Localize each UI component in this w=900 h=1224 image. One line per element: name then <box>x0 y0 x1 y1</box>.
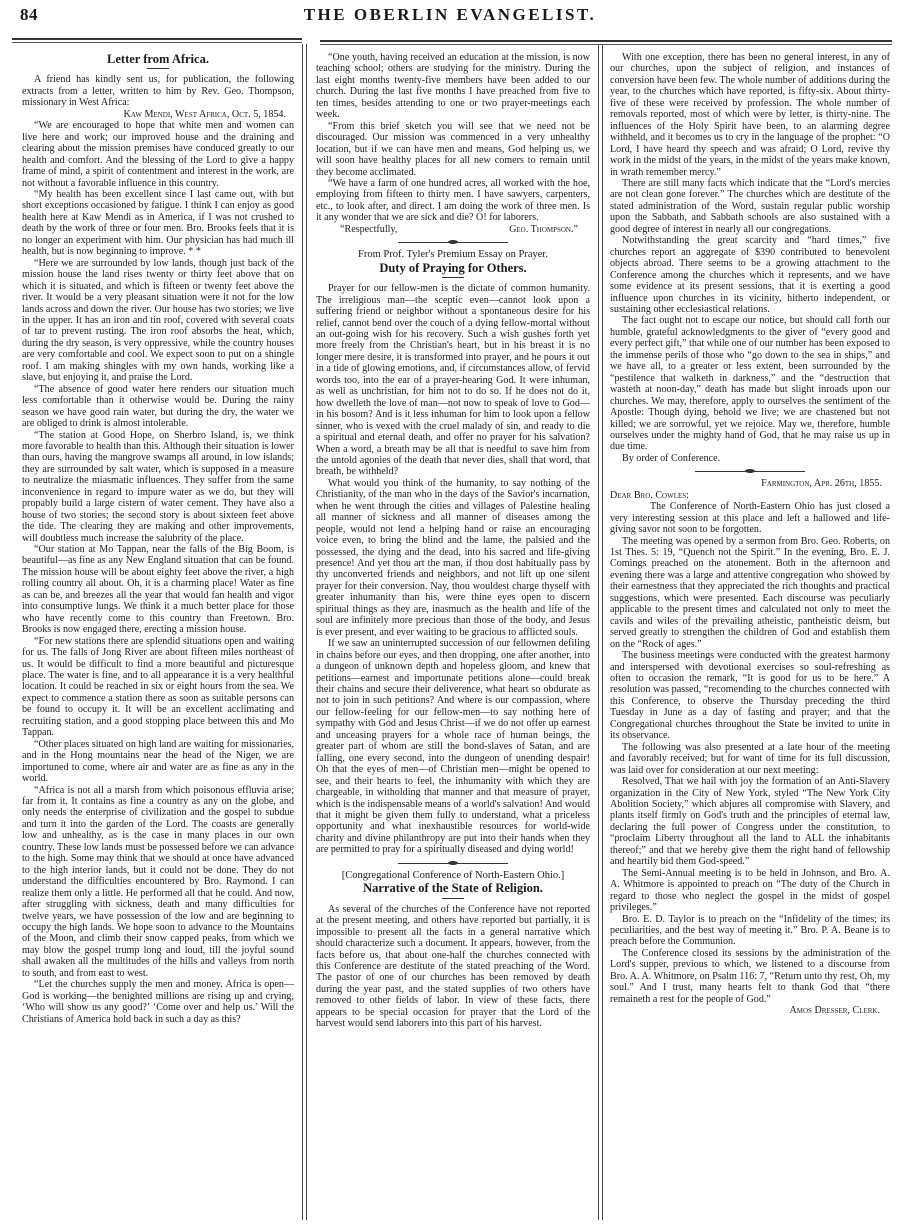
article-intro: A friend has kindly sent us, for publica… <box>22 74 294 108</box>
short-rule <box>442 277 464 278</box>
paragraph: “From this brief sketch you will see tha… <box>316 121 590 178</box>
header-rule-right <box>320 40 892 42</box>
article-heading-duty-of-praying: Duty of Praying for Others. <box>316 263 590 274</box>
paragraph: What would you think of the humanity, to… <box>316 478 590 638</box>
paragraph: Bro. E. D. Taylor is to preach on the “I… <box>610 914 890 948</box>
paragraph: The Semi-Annual meeting is to be held in… <box>610 868 890 914</box>
paragraph: The business meetings were conducted wit… <box>610 650 890 742</box>
column-divider-2 <box>598 44 603 1220</box>
paragraph: “Africa is not all a marsh from which po… <box>22 785 294 980</box>
paragraph: There are still many facts which indicat… <box>610 178 890 235</box>
paragraph: The following was also presented at a la… <box>610 742 890 776</box>
letter-signature-line: “Respectfully, Geo. Thompson.” <box>316 224 590 235</box>
short-rule <box>442 898 464 899</box>
paragraph: The fact ought not to escape our notice,… <box>610 315 890 452</box>
article-subheading-duty: From Prof. Tyler's Premium Essay on Pray… <box>316 249 590 260</box>
header-rule-right-thin <box>320 44 892 45</box>
paragraph: The meeting was opened by a sermon from … <box>610 536 890 651</box>
section-ornament-divider <box>398 242 508 243</box>
article-heading-narrative: Narrative of the State of Religion. <box>316 883 590 894</box>
header-rule-left <box>12 38 302 40</box>
masthead: 84 THE OBERLIN EVANGELIST. <box>0 0 900 40</box>
paragraph: If we saw an uninterrupted succession of… <box>316 638 590 856</box>
paragraph: With one exception, there has been no ge… <box>610 52 890 178</box>
paragraph: “We are encouraged to hope that white me… <box>22 120 294 189</box>
paragraph: Prayer for our fellow-men is the dictate… <box>316 283 590 478</box>
paragraph: “The absence of good water here renders … <box>22 384 294 430</box>
farmington-signature: Amos Dresser, Clerk. <box>610 1005 890 1016</box>
paragraph: “The station at Good Hope, on Sherbro Is… <box>22 430 294 545</box>
article-subheading-conference: [Congregational Conference of North-East… <box>316 870 590 881</box>
paragraph: “Other places situated on high land are … <box>22 739 294 785</box>
paragraph: “Our station at Mo Tappan, near the fall… <box>22 544 294 636</box>
paragraph: The Conference of North-Eastern Ohio has… <box>610 501 890 535</box>
letter-signature: Geo. Thompson.” <box>509 224 578 235</box>
paragraph: The Conference closed its sessions by th… <box>610 948 890 1005</box>
paragraph: “Here we are surrounded by low lands, th… <box>22 258 294 384</box>
paragraph: Notwithstanding the great scarcity and “… <box>610 235 890 315</box>
newspaper-title: THE OBERLIN EVANGELIST. <box>0 5 900 25</box>
paragraph: Resolved, That we hail with joy the form… <box>610 776 890 868</box>
header-rule-left-thin <box>12 42 302 43</box>
farmington-salutation: Dear Bro. Cowles: <box>610 490 890 501</box>
paragraph: “One youth, having received an education… <box>316 52 590 121</box>
column-divider-1 <box>302 44 307 1220</box>
section-ornament-divider <box>398 863 508 864</box>
column-3: With one exception, there has been no ge… <box>610 52 890 1216</box>
article-heading-letter-from-africa: Letter from Africa. <box>22 54 294 65</box>
paragraph: As several of the churches of the Confer… <box>316 904 590 1030</box>
letter-closing: “Respectfully, <box>340 224 397 235</box>
column-1: Letter from Africa. A friend has kindly … <box>22 52 294 1216</box>
paragraph: “My health has been excellent since I la… <box>22 189 294 258</box>
paragraph: “We have a farm of one hundred acres, al… <box>316 178 590 224</box>
narrative-closing: By order of Conference. <box>610 453 890 464</box>
farmington-dateline: Farmington, Apr. 26th, 1855. <box>610 478 890 489</box>
section-ornament-divider <box>695 471 805 472</box>
column-2: “One youth, having received an education… <box>316 52 590 1216</box>
paragraph: “Let the churches supply the men and mon… <box>22 979 294 1025</box>
paragraph: “For new stations there are splendid sit… <box>22 636 294 739</box>
letter-dateline: Kaw Mendi, West Africa, Oct. 5, 1854. <box>22 109 294 120</box>
short-rule <box>147 68 169 69</box>
